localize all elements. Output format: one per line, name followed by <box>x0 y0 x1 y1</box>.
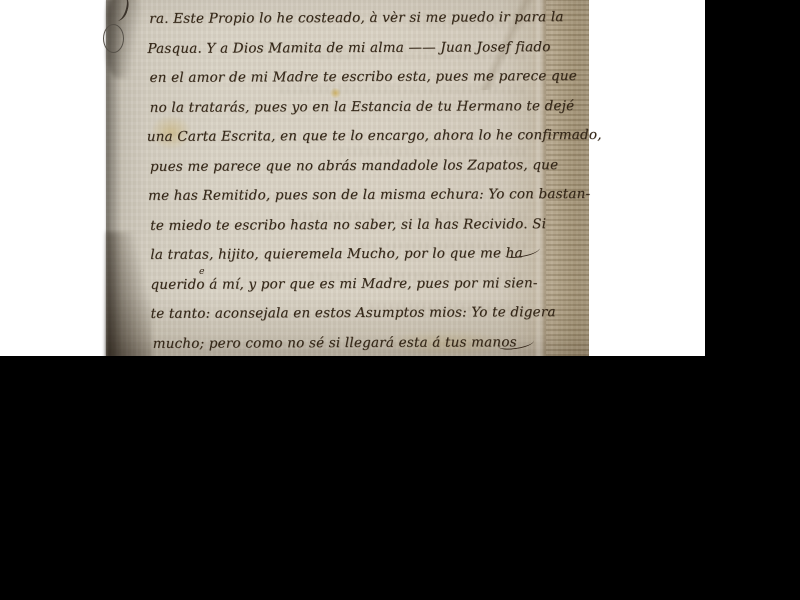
manuscript-line: me has Remitido, pues son de la misma ec… <box>148 180 560 211</box>
manuscript-line: Pasqua. Y a Dios Mamita de mi alma —— Ju… <box>147 33 559 64</box>
margin-flourish-circle <box>103 24 124 53</box>
manuscript-line: querido á mí, y por que es mi Madre, pue… <box>150 269 560 300</box>
screen-background: ra. Este Propio lo he costeado, à vèr si… <box>0 0 800 600</box>
manuscript-photo: ra. Este Propio lo he costeado, à vèr si… <box>0 0 705 356</box>
manuscript-line: te miedo te escribo hasta no saber, si l… <box>150 210 560 241</box>
manuscript-line: la tratas, hijito, quieremela Mucho, por… <box>150 239 560 270</box>
manuscript-page: ra. Este Propio lo he costeado, à vèr si… <box>106 0 589 356</box>
manuscript-line: una Carta Escrita, en que te lo encargo,… <box>147 121 560 152</box>
superscript-insertion: e <box>199 266 205 277</box>
handwritten-text-block: ra. Este Propio lo he costeado, à vèr si… <box>149 3 561 356</box>
book-gutter-shadow-bottom <box>106 232 152 356</box>
manuscript-line: en el amor de mi Madre te escribo esta, … <box>149 62 559 93</box>
manuscript-line: pues me parece que no abrás mandadole lo… <box>150 151 560 182</box>
manuscript-line: te tanto: aconsejala en estos Asumptos m… <box>151 298 561 329</box>
manuscript-line: ra. Este Propio lo he costeado, à vèr si… <box>149 3 559 34</box>
manuscript-line: no la tratarás, pues yo en la Estancia d… <box>150 92 560 123</box>
